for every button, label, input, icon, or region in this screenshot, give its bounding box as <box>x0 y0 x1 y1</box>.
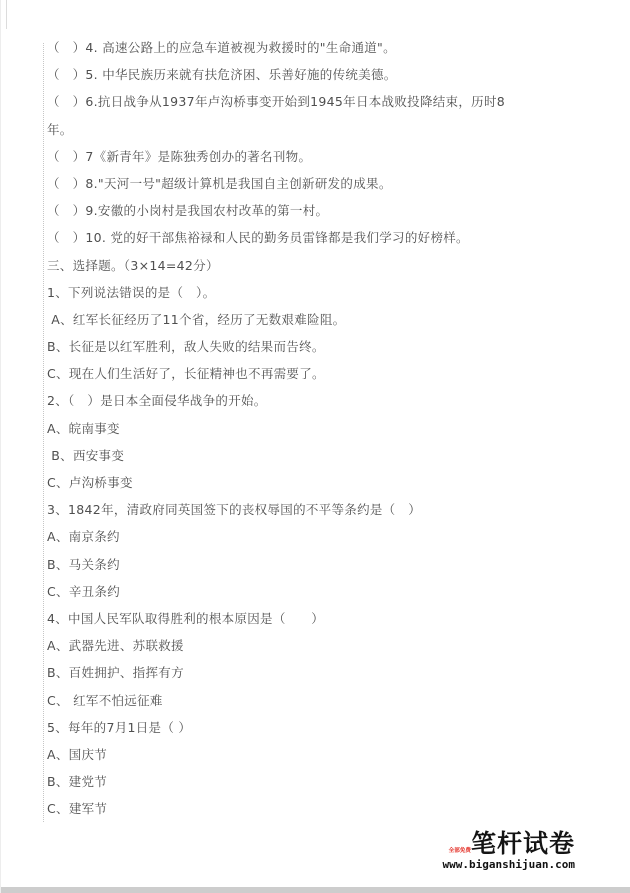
option-b: B、建党节 <box>47 768 622 795</box>
question-stem: 4、中国人民军队取得胜利的根本原因是（ ） <box>47 605 622 632</box>
question-stem: 3、1842年，清政府同英国签下的丧权辱国的不平等条约是（ ） <box>47 496 622 523</box>
option-a: A、皖南事变 <box>47 415 622 442</box>
brand-url: www.biganshijuan.com <box>443 858 575 872</box>
option-c: C、卢沟桥事变 <box>47 469 622 496</box>
option-c: C、 红军不怕远征难 <box>47 687 622 714</box>
brand-logo-text: 笔杆试卷 <box>471 831 575 857</box>
truefalse-item: （ ）9.安徽的小岗村是我国农村改革的第一村。 <box>47 197 622 224</box>
text-frame-dotted-border <box>43 43 44 822</box>
free-badge: 全部免费 <box>449 846 471 854</box>
option-a: A、红军长征经历了11个省，经历了无数艰难险阻。 <box>47 306 622 333</box>
option-b: B、长征是以红军胜利，敌人失败的结果而告终。 <box>47 333 622 360</box>
brand-watermark-row: 全部免费 笔杆试卷 <box>435 831 575 857</box>
option-c: C、辛丑条约 <box>47 578 622 605</box>
option-c: C、建军节 <box>47 795 622 822</box>
option-b: B、马关条约 <box>47 551 622 578</box>
truefalse-item-continuation: 年。 <box>47 116 622 143</box>
question-stem: 1、下列说法错误的是（ ）。 <box>47 279 622 306</box>
brand-watermark: 全部免费 笔杆试卷 www.biganshijuan.com <box>435 831 575 872</box>
page-edge-line <box>6 0 7 29</box>
option-a: A、南京条约 <box>47 523 622 550</box>
option-a: A、国庆节 <box>47 741 622 768</box>
option-b: B、百姓拥护、指挥有方 <box>47 659 622 686</box>
truefalse-item: （ ）10. 党的好干部焦裕禄和人民的勤务员雷锋都是我们学习的好榜样。 <box>47 224 622 251</box>
truefalse-item: （ ）8."天河一号"超级计算机是我国自主创新研发的成果。 <box>47 170 622 197</box>
section-header: 三、选择题。（3×14=42分） <box>47 252 622 279</box>
truefalse-item: （ ）4. 高速公路上的应急车道被视为救援时的"生命通道"。 <box>47 34 622 61</box>
truefalse-item: （ ）7《新青年》是陈独秀创办的著名刊物。 <box>47 143 622 170</box>
question-stem: 2、（ ）是日本全面侵华战争的开始。 <box>47 387 622 414</box>
exam-page: （ ）4. 高速公路上的应急车道被视为救援时的"生命通道"。 （ ）5. 中华民… <box>0 0 630 893</box>
exam-body: （ ）4. 高速公路上的应急车道被视为救援时的"生命通道"。 （ ）5. 中华民… <box>47 34 622 822</box>
truefalse-item: （ ）6.抗日战争从1937年卢沟桥事变开始到1945年日本战败投降结束，历时8 <box>47 88 622 115</box>
option-a: A、武器先进、苏联救援 <box>47 632 622 659</box>
option-b: B、西安事变 <box>47 442 622 469</box>
page-gap-strip <box>1 887 630 893</box>
option-c: C、现在人们生活好了，长征精神也不再需要了。 <box>47 360 622 387</box>
truefalse-item: （ ）5. 中华民族历来就有扶危济困、乐善好施的传统美德。 <box>47 61 622 88</box>
question-stem: 5、每年的7月1日是（ ） <box>47 714 622 741</box>
